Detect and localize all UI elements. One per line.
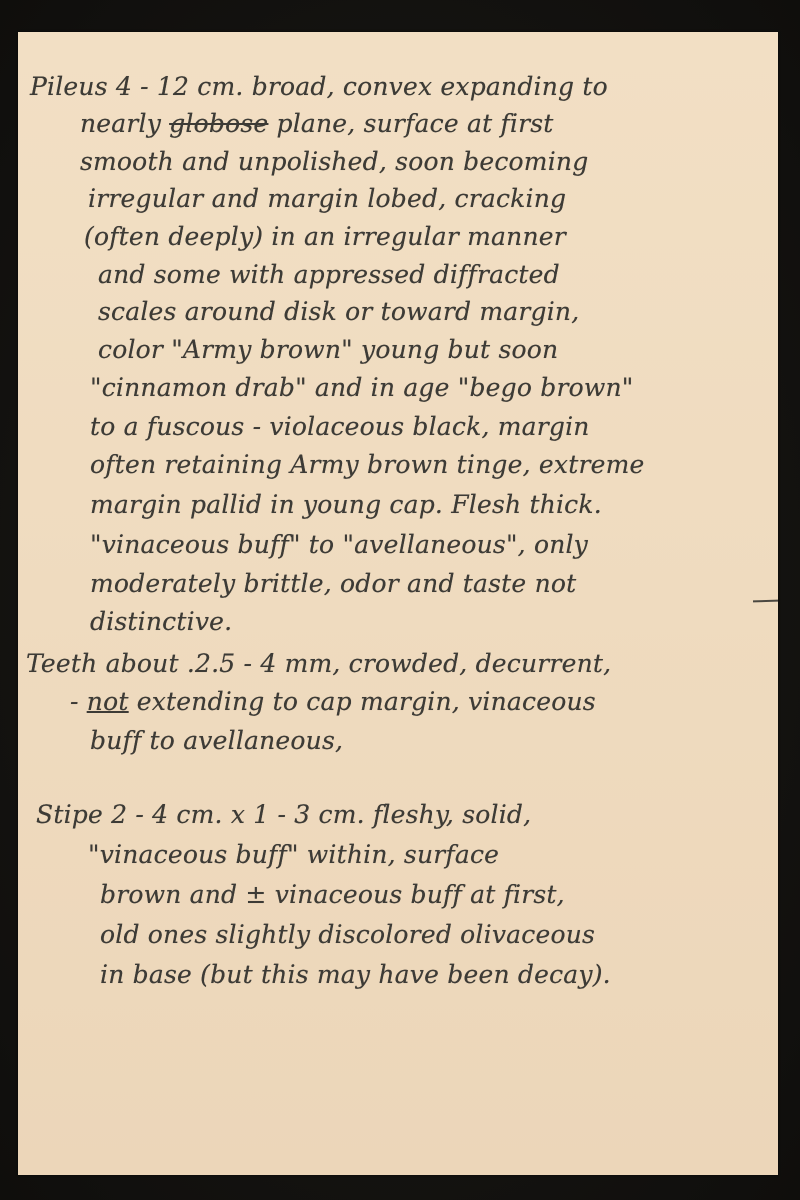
underlined-word: not <box>87 687 129 716</box>
pileus-line-7: scales around disk or toward margin, <box>98 297 579 326</box>
pileus-line-3: smooth and unpolished, soon becoming <box>80 147 588 176</box>
stipe-line-4: old ones slightly discolored olivaceous <box>100 920 595 949</box>
stipe-line-2: "vinaceous buff" within, surface <box>88 840 499 869</box>
pileus-line-15: distinctive. <box>90 607 232 636</box>
pileus-line-6: and some with appressed diffracted <box>98 260 560 289</box>
pileus-line-1: Pileus 4 - 12 cm. broad, convex expandin… <box>30 72 608 101</box>
stipe-line-3: brown and ± vinaceous buff at first, <box>100 880 565 909</box>
teeth-line-3: buff to avellaneous, <box>90 726 343 755</box>
pileus-line-2-rest: plane, surface at first <box>268 109 553 138</box>
pileus-line-13: "vinaceous buff" to "avellaneous", only <box>90 530 588 559</box>
pileus-line-12: margin pallid in young cap. Flesh thick. <box>90 490 602 519</box>
pileus-line-2-prefix: nearly <box>80 109 169 138</box>
pileus-line-2: nearly globose plane, surface at first <box>80 109 554 138</box>
teeth-line-2: - not extending to cap margin, vinaceous <box>70 687 596 716</box>
stipe-line-5: in base (but this may have been decay). <box>100 960 611 989</box>
pileus-line-5: (often deeply) in an irregular manner <box>84 222 566 251</box>
teeth-line-2-dash: - <box>70 687 87 716</box>
index-card: Pileus 4 - 12 cm. broad, convex expandin… <box>18 32 778 1175</box>
teeth-line-1: Teeth about .2.5 - 4 mm, crowded, decurr… <box>26 649 611 678</box>
pileus-line-14: moderately brittle, odor and taste not <box>90 569 576 598</box>
pileus-line-4: irregular and margin lobed, cracking <box>88 184 566 213</box>
struck-out-word: globose <box>169 109 268 138</box>
pileus-line-9: "cinnamon drab" and in age "bego brown" <box>90 373 633 402</box>
teeth-line-2-rest: extending to cap margin, vinaceous <box>129 687 596 716</box>
stipe-line-1: Stipe 2 - 4 cm. x 1 - 3 cm. fleshy, soli… <box>36 800 531 829</box>
pileus-line-11: often retaining Army brown tinge, extrem… <box>90 450 645 479</box>
pileus-line-10: to a fuscous - violaceous black, margin <box>90 412 590 441</box>
pencil-stroke <box>753 600 778 603</box>
pileus-line-8: color "Army brown" young but soon <box>98 335 558 364</box>
